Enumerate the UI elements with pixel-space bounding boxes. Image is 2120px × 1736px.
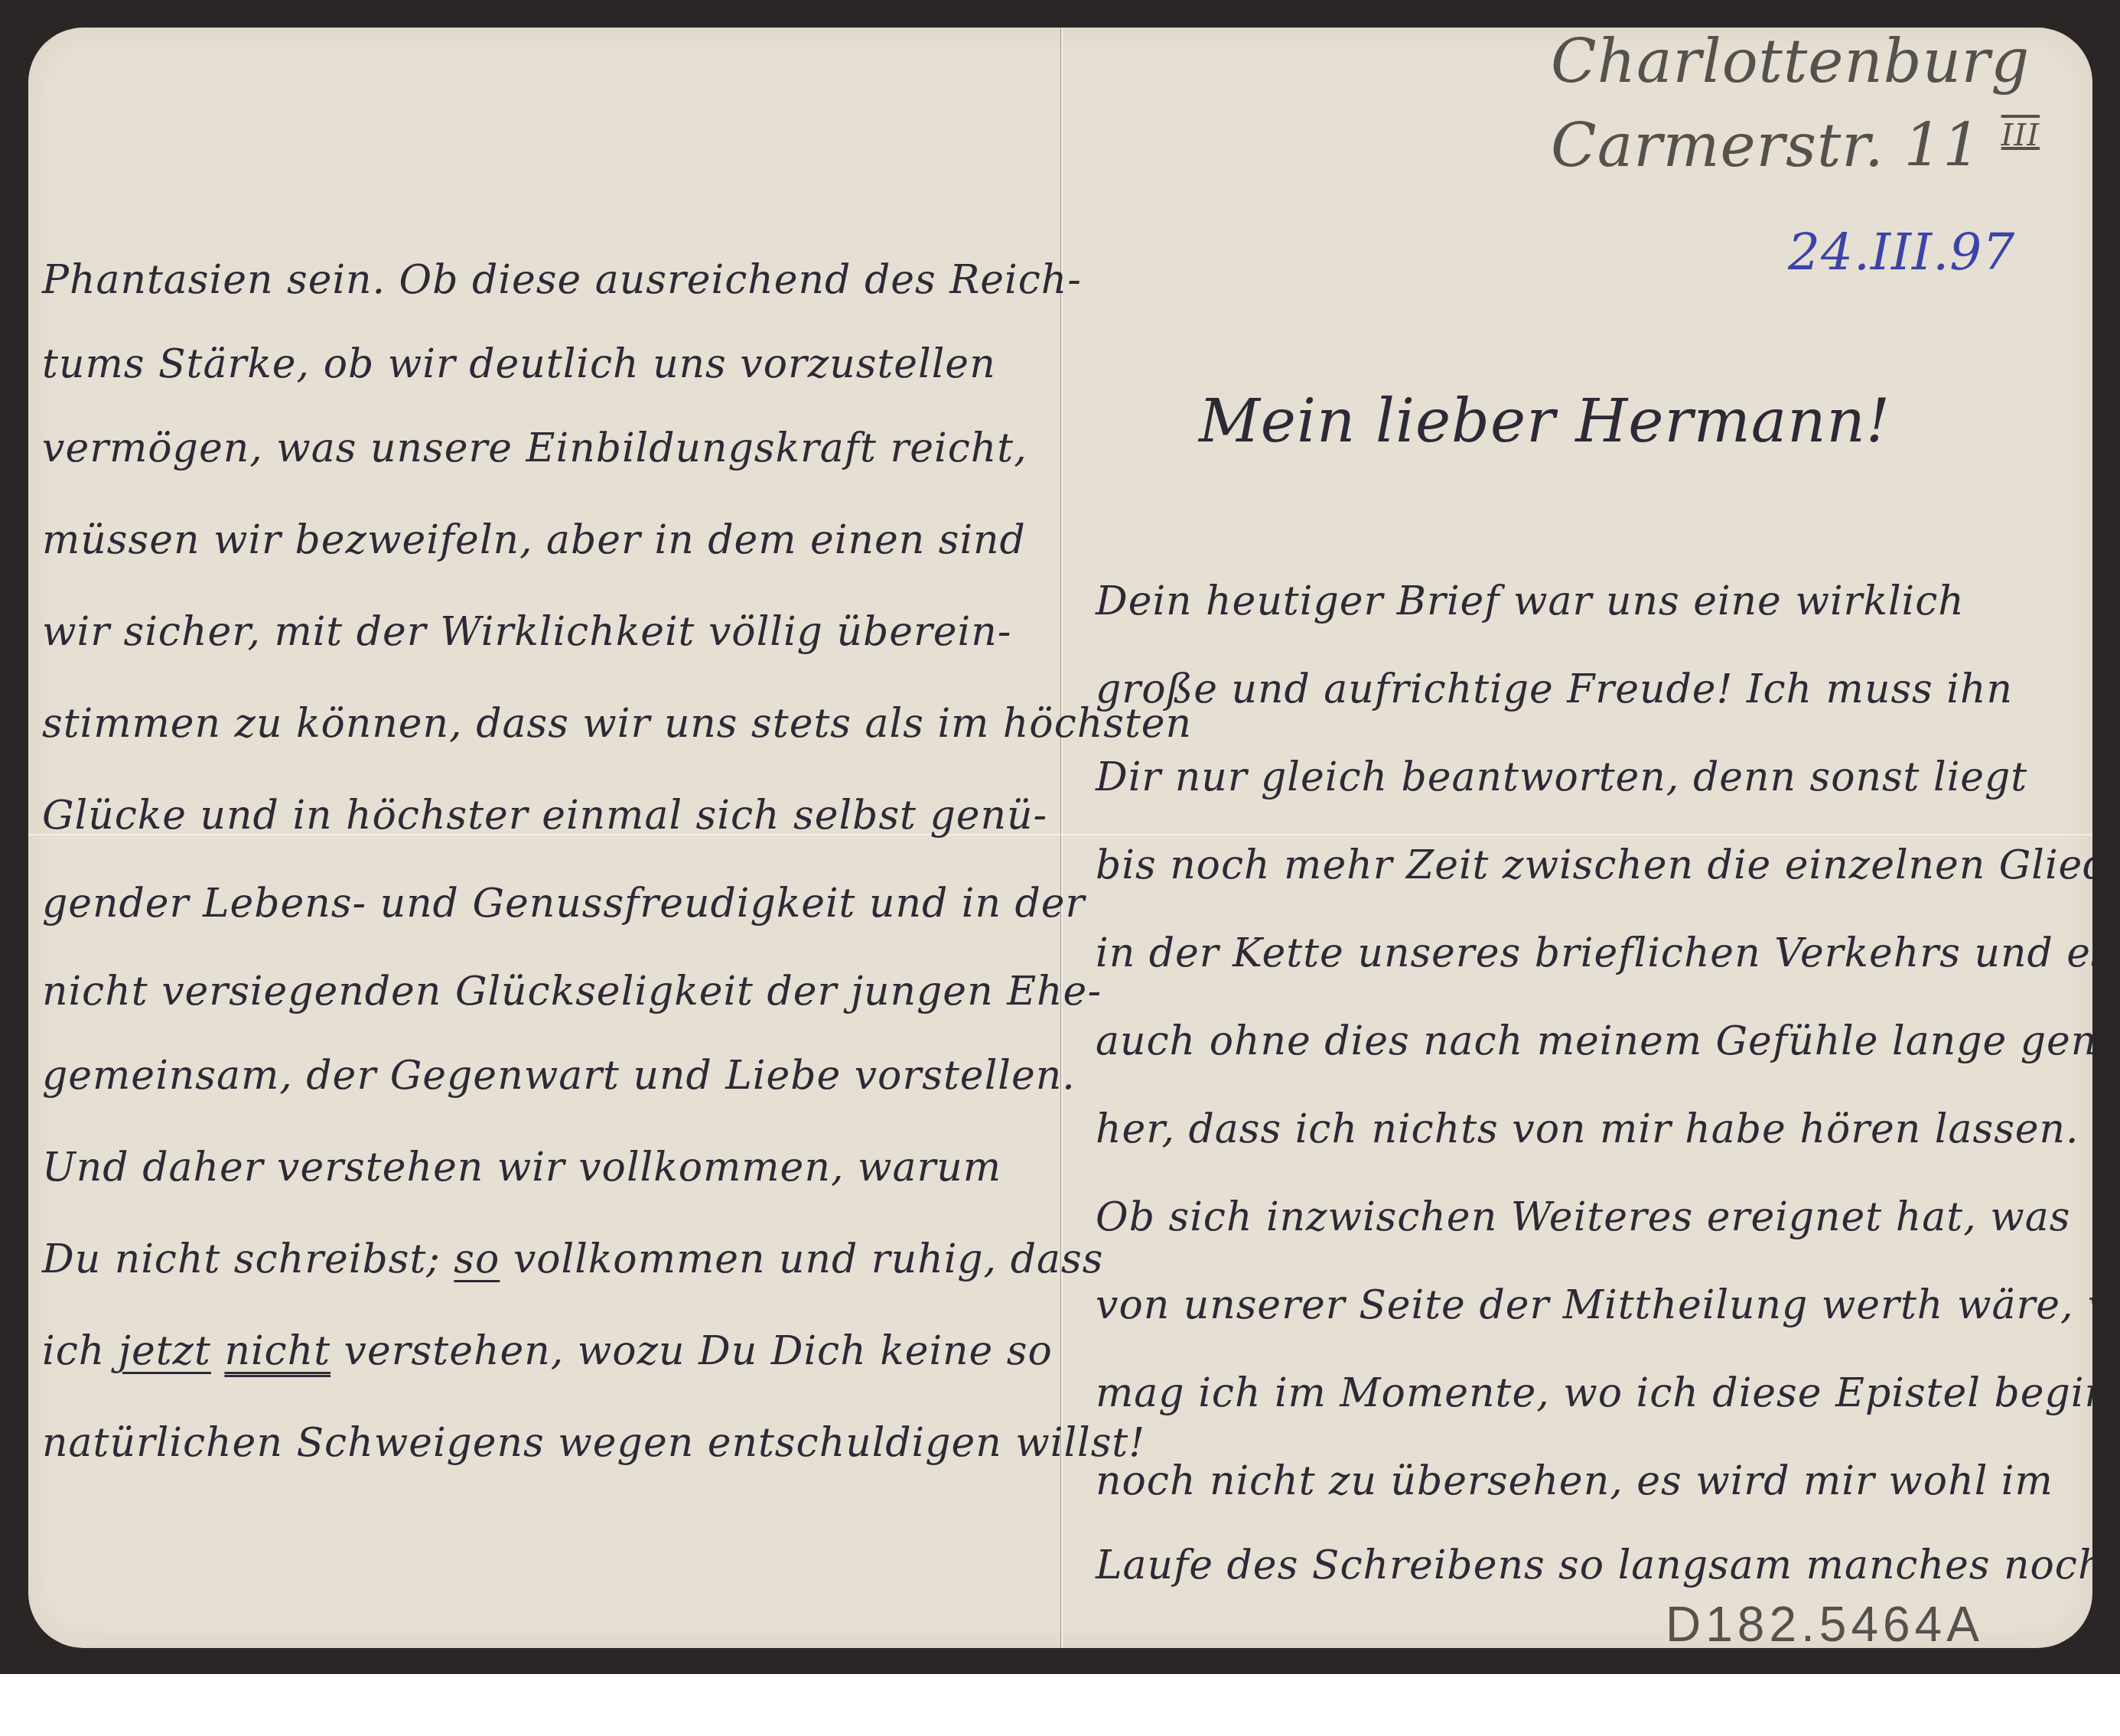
left-line-5: wir sicher, mit der Wirklichkeit völlig … (42, 609, 1011, 655)
right-line-10: mag ich im Momente, wo ich diese Epistel… (1096, 1370, 2092, 1416)
left-line-1: Phantasien sein. Ob diese ausreichend de… (42, 257, 1082, 303)
left-line-4: müssen wir bezweifeln, aber in dem einen… (42, 517, 1026, 563)
underlined-word: so (454, 1236, 500, 1282)
left-line-13-post: verstehen, wozu Du Dich keine so (331, 1328, 1053, 1374)
left-line-14: natürlichen Schweigens wegen entschuldig… (42, 1420, 1145, 1466)
greeting: Mein lieber Hermann! (1199, 387, 1890, 456)
left-line-8: gender Lebens- und Genussfreudigkeit und… (42, 881, 1085, 927)
right-line-3: Dir nur gleich beantworten, denn sonst l… (1096, 754, 2027, 800)
date-stamp: 24.III.97 (1788, 223, 2015, 282)
double-underlined-word: nicht (224, 1328, 331, 1374)
left-line-13: ich jetzt nicht verstehen, wozu Du Dich … (42, 1328, 1053, 1374)
left-line-6: stimmen zu können, dass wir uns stets al… (42, 701, 1192, 747)
right-line-4: bis noch mehr Zeit zwischen die einzelne… (1096, 842, 2092, 888)
right-line-12: Laufe des Schreibens so langsam manches … (1096, 1542, 2092, 1588)
left-line-12-pre: Du nicht schreibst; (42, 1236, 454, 1282)
letter-sheet: Phantasien sein. Ob diese ausreichend de… (28, 28, 2092, 1648)
left-line-12-post: vollkommen und ruhig, dass (500, 1236, 1103, 1282)
right-line-11: noch nicht zu übersehen, es wird mir woh… (1096, 1458, 2053, 1504)
left-line-3: vermögen, was unsere Einbildungskraft re… (42, 425, 1027, 471)
left-line-11: Und daher verstehen wir vollkommen, waru… (42, 1145, 1001, 1190)
left-line-10: gemeinsam, der Gegenwart und Liebe vorst… (42, 1053, 1076, 1099)
header-place: Charlottenburg (1551, 28, 2030, 96)
right-line-6: auch ohne dies nach meinem Gefühle lange… (1096, 1018, 2092, 1064)
left-line-13-mid (211, 1328, 225, 1374)
right-line-9: von unserer Seite der Mittheilung werth … (1096, 1282, 2092, 1328)
left-line-13-pre: ich (42, 1328, 119, 1374)
left-line-2: tums Stärke, ob wir deutlich uns vorzust… (42, 341, 996, 387)
archive-number: D182.5464A (1666, 1596, 1984, 1648)
right-line-5: in der Kette unseres brieflichen Verkehr… (1096, 930, 2092, 976)
right-line-7: her, dass ich nichts von mir habe hören … (1096, 1106, 2079, 1152)
left-line-9: nicht versiegenden Glückseligkeit der ju… (42, 969, 1102, 1015)
right-line-8: Ob sich inzwischen Weiteres ereignet hat… (1096, 1194, 2070, 1240)
header-address: Carmerstr. 11 III (1551, 112, 2040, 181)
right-line-2: große und aufrichtige Freude! Ich muss i… (1096, 666, 2013, 712)
header-street: Carmerstr. 11 (1551, 112, 1982, 181)
left-line-12: Du nicht schreibst; so vollkommen und ru… (42, 1236, 1103, 1282)
header-floor: III (2001, 118, 2040, 153)
underlined-word: jetzt (119, 1328, 211, 1374)
left-line-7: Glücke und in höchster einmal sich selbs… (42, 793, 1047, 839)
right-line-1: Dein heutiger Brief war uns eine wirklic… (1096, 578, 1965, 624)
